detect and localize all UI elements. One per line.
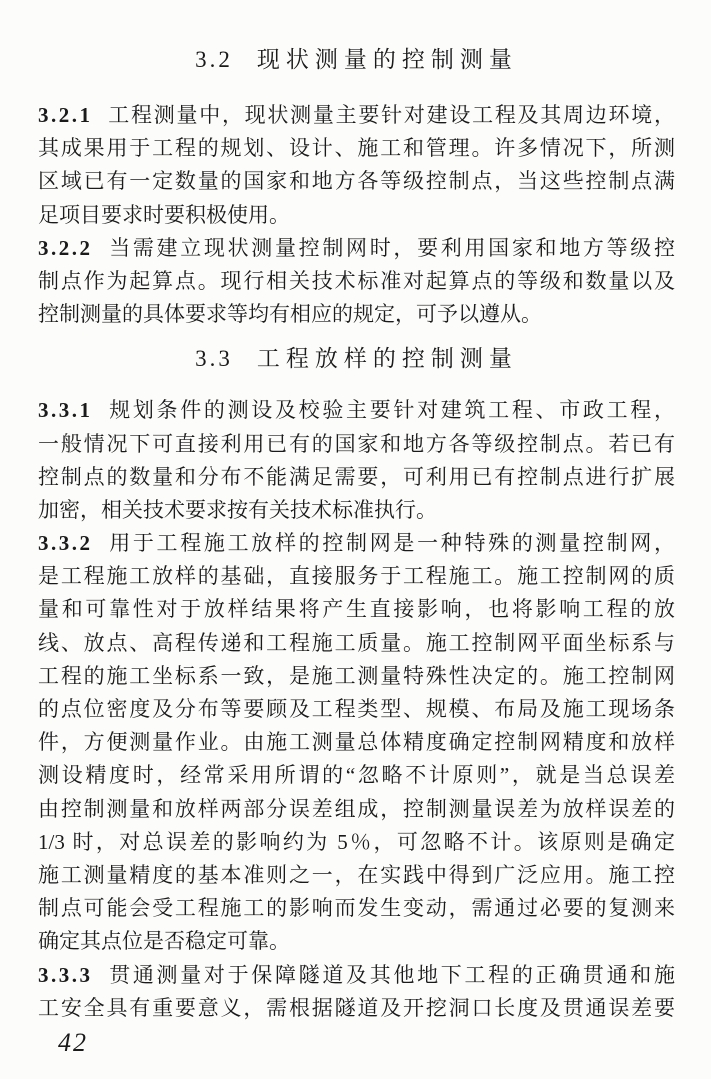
section-title: 工程放样的控制测量 <box>257 346 518 371</box>
text-line: 工程的施工坐标系一致，是施工测量特殊性决定的。施工控制网 <box>38 660 675 693</box>
section-heading-3-2: 3.2现状测量的控制测量 <box>38 46 675 73</box>
clause-3-3-2: 3.3.2用于工程施工放样的控制网是一种特殊的测量控制网， 是工程施工放样的基础… <box>38 527 675 958</box>
text-line: 施工测量精度的基本准则之一，在实践中得到广泛应用。施工控 <box>38 859 675 892</box>
text-line: 其成果用于工程的规划、设计、施工和管理。许多情况下，所测 <box>38 132 675 165</box>
section-number: 3.3 <box>195 346 233 371</box>
text-line: 是工程施工放样的基础，直接服务于工程施工。施工控制网的质 <box>38 560 675 593</box>
clause-number: 3.3.1 <box>38 398 93 422</box>
text-line: 量和可靠性对于放样结果将产生直接影响，也将影响工程的放 <box>38 593 675 626</box>
text-line: 的点位密度及分布等要顾及工程类型、规模、布局及施工现场条 <box>38 693 675 726</box>
text-line: 3.3.2用于工程施工放样的控制网是一种特殊的测量控制网， <box>38 527 675 560</box>
text-line: 测设精度时，经常采用所谓的“忽略不计原则”，就是当总误差 <box>38 759 675 792</box>
clause-number: 3.2.2 <box>38 236 93 260</box>
section-number: 3.2 <box>195 47 233 72</box>
text-line: 一般情况下可直接利用已有的国家和地方各等级控制点。若已有 <box>38 428 675 461</box>
text-line: 3.2.1工程测量中，现状测量主要针对建设工程及其周边环境， <box>38 99 675 132</box>
text-line: 3.3.3贯通测量对于保障隧道及其他地下工程的正确贯通和施 <box>38 959 675 992</box>
page-content: 3.2现状测量的控制测量 3.2.1工程测量中，现状测量主要针对建设工程及其周边… <box>0 0 711 1025</box>
section-title: 现状测量的控制测量 <box>257 47 518 72</box>
text-line: 制点可能会受工程施工的影响而发生变动，需通过必要的复测来 <box>38 892 675 925</box>
section-heading-3-3: 3.3工程放样的控制测量 <box>38 345 675 372</box>
clause-text: 用于工程施工放样的控制网是一种特殊的测量控制网， <box>107 531 676 555</box>
clause-3-3-1: 3.3.1规划条件的测设及校验主要针对建筑工程、市政工程， 一般情况下可直接利用… <box>38 394 675 527</box>
page-number: 42 <box>58 1028 88 1058</box>
text-line: 控制点的数量和分布不能满足需要，可利用已有控制点进行扩展 <box>38 461 675 494</box>
text-line: 确定其点位是否稳定可靠。 <box>38 925 675 958</box>
clause-number: 3.3.2 <box>38 531 93 555</box>
clause-3-3-3: 3.3.3贯通测量对于保障隧道及其他地下工程的正确贯通和施 工安全具有重要意义，… <box>38 959 675 1025</box>
clause-3-2-2: 3.2.2当需建立现状测量控制网时，要利用国家和地方等级控 制点作为起算点。现行… <box>38 232 675 332</box>
text-line: 由控制测量和放样两部分误差组成，控制测量误差为放样误差的 <box>38 793 675 826</box>
clause-number: 3.2.1 <box>38 103 93 127</box>
text-line: 3.2.2当需建立现状测量控制网时，要利用国家和地方等级控 <box>38 232 675 265</box>
text-line: 3.3.1规划条件的测设及校验主要针对建筑工程、市政工程， <box>38 394 675 427</box>
text-line: 加密，相关技术要求按有关技术标准执行。 <box>38 494 675 527</box>
text-line: 件，方便测量作业。由施工测量总体精度确定控制网精度和放样 <box>38 726 675 759</box>
clause-text: 贯通测量对于保障隧道及其他地下工程的正确贯通和施 <box>107 963 676 987</box>
text-line: 工安全具有重要意义，需根据隧道及开挖洞口长度及贯通误差要 <box>38 992 675 1025</box>
text-line: 线、放点、高程传递和工程施工质量。施工控制网平面坐标系与 <box>38 627 675 660</box>
document-page: 3.2现状测量的控制测量 3.2.1工程测量中，现状测量主要针对建设工程及其周边… <box>0 0 711 1079</box>
clause-number: 3.3.3 <box>38 963 93 987</box>
clause-text: 工程测量中，现状测量主要针对建设工程及其周边环境， <box>107 103 676 127</box>
clause-text: 当需建立现状测量控制网时，要利用国家和地方等级控 <box>107 236 676 260</box>
text-line: 足项目要求时要积极使用。 <box>38 199 675 232</box>
clause-text: 规划条件的测设及校验主要针对建筑工程、市政工程， <box>107 398 676 422</box>
text-line: 控制测量的具体要求等均有相应的规定，可予以遵从。 <box>38 298 675 331</box>
clause-3-2-1: 3.2.1工程测量中，现状测量主要针对建设工程及其周边环境， 其成果用于工程的规… <box>38 99 675 232</box>
text-line: 1/3 时，对总误差的影响约为 5％，可忽略不计。该原则是确定 <box>38 826 675 859</box>
text-line: 制点作为起算点。现行相关技术标准对起算点的等级和数量以及 <box>38 265 675 298</box>
text-line: 区域已有一定数量的国家和地方各等级控制点，当这些控制点满 <box>38 165 675 198</box>
